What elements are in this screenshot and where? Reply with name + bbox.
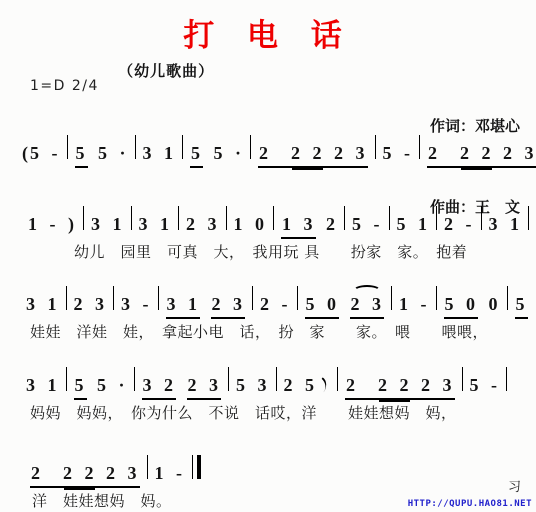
note-run [176, 375, 187, 396]
beam-segment: 2 3 [493, 143, 536, 164]
barline [389, 206, 390, 230]
barline [273, 206, 274, 230]
beam-segment: 5 [76, 143, 87, 164]
beam-group: 2 3 [187, 375, 222, 400]
note-run: (5 - [22, 143, 60, 164]
barline [506, 367, 507, 391]
beam-group: 5 [515, 294, 528, 319]
note-run: 5 · [203, 143, 243, 164]
lyrics-row: 幼儿 园里 可真 大， 我用玩 具 扮家 家。 抱着 [28, 241, 536, 262]
barline [134, 367, 135, 391]
note-run: 3 1 [139, 214, 172, 235]
beam-segment: 5 [516, 294, 527, 315]
beam-segment: 3 1 [167, 294, 200, 315]
beam-segment: 2 3 [96, 463, 139, 484]
barline [66, 367, 67, 391]
beam-group: 2 3 [211, 294, 246, 319]
note-run: 5 - [470, 375, 500, 396]
beam-segment: 5 0 [445, 294, 478, 315]
beam-group: 2 2 2 2 3 [30, 463, 140, 488]
note-run: 2 - [260, 294, 290, 315]
barline [436, 286, 437, 310]
barline [344, 206, 345, 230]
barline [113, 286, 114, 310]
note-run: 2 3 [186, 214, 219, 235]
barline [481, 206, 482, 230]
note-run: 5 · [87, 375, 127, 396]
note-run: 2 [316, 214, 338, 235]
barline [252, 286, 253, 310]
source-url-watermark: HTTP://QUPU.HAO81.NET [408, 499, 532, 509]
notes-row: (5 -5 5 ·3 15 5 ·2 2 2 2 35 -2 2 2 2 3 [22, 135, 536, 165]
note-run: 3 1 [26, 294, 59, 315]
beam-segment: 2 2 [378, 375, 411, 396]
note-run: 2 5 [284, 375, 317, 396]
final-barline [192, 455, 201, 479]
barline [228, 367, 229, 391]
lyrics-row: 妈妈 妈妈， 你为什么 不说 话哎，洋 娃娃想妈 妈， [26, 402, 536, 423]
score-line: 1 - )3 13 12 31 01 3 25 -5 12 -3 1幼儿 园里 … [28, 206, 536, 262]
barline [436, 206, 437, 230]
tied-notes: 2 3 [351, 294, 384, 315]
barline [67, 135, 68, 159]
note-run: 1 0 [234, 214, 267, 235]
beam-group: 5 0 [444, 294, 479, 319]
note-run: 3 1 [91, 214, 124, 235]
score-line: 3 12 33 -3 1 2 32 -5 0 2 31 -5 0 05 5 ·娃… [26, 286, 536, 342]
note-run: 0 [478, 294, 500, 315]
barline [375, 135, 376, 159]
note-run: 1 - [399, 294, 429, 315]
beam-segment: 2 3 [188, 375, 221, 396]
beam-segment: 2 [428, 143, 460, 164]
barline [528, 206, 529, 230]
note-run: 2 - [444, 214, 474, 235]
barline [131, 206, 132, 230]
beam-segment: 2 [31, 463, 63, 484]
note-run: 5 - [352, 214, 382, 235]
beam-group: 5 [75, 143, 88, 168]
slide-mark [315, 377, 330, 393]
note-run: 5 · [88, 143, 128, 164]
barline [226, 206, 227, 230]
beam-group: 1 3 [281, 214, 316, 239]
barline [462, 367, 463, 391]
beam-segment: 2 2 [460, 143, 493, 164]
sheet-music-page: 打 电 话 （幼儿歌曲） 作词：邓堪心 作曲：王 文 1=D 2/4 (5 -5… [0, 0, 536, 512]
barline [297, 286, 298, 310]
key-signature: 1=D 2/4 [30, 78, 99, 94]
barline [158, 286, 159, 310]
page-title: 打 电 话 [0, 10, 536, 55]
score: (5 -5 5 ·3 15 5 ·2 2 2 2 35 -2 2 2 2 31 … [0, 131, 536, 511]
watermark-glyph: 习 [508, 476, 521, 495]
barline [250, 135, 251, 159]
beam-group: 2 2 2 2 3 [258, 143, 368, 168]
beam-group: 5 0 [305, 294, 340, 319]
barline [507, 286, 508, 310]
notes-row: 2 2 2 2 31 - [30, 455, 536, 485]
note-run: 5 - [383, 143, 413, 164]
note-run [200, 294, 211, 315]
barline [182, 135, 183, 159]
note-run: 3 1 [143, 143, 176, 164]
note-run: 5 3 [236, 375, 269, 396]
beam-segment: 3 2 [143, 375, 176, 396]
notes-row: 1 - )3 13 12 31 01 3 25 -5 12 -3 1 [28, 206, 536, 236]
note-run [339, 294, 350, 315]
note-run: 1 - [155, 463, 185, 484]
note-run: 1 - ) [28, 214, 76, 235]
barline [419, 135, 420, 159]
note-run: 5 · [528, 294, 536, 315]
note-run: 3 1 [489, 214, 522, 235]
barline [135, 135, 136, 159]
score-line: 3 15 5 ·3 2 2 35 32 52 2 2 2 35 -妈妈 妈妈， … [26, 367, 536, 423]
barline [66, 286, 67, 310]
barline [337, 367, 338, 391]
notes-row: 3 12 33 -3 1 2 32 -5 0 2 31 -5 0 05 5 · [26, 286, 536, 316]
beam-segment: 2 3 [411, 375, 454, 396]
barline [391, 286, 392, 310]
beam-segment: 2 3 [212, 294, 245, 315]
beam-segment: 5 [191, 143, 202, 164]
note-run: 3 1 [26, 375, 59, 396]
note-run: 3 - [121, 294, 151, 315]
beam-group: 5 [190, 143, 203, 168]
barline [83, 206, 84, 230]
notes-row: 3 15 5 ·3 2 2 35 32 52 2 2 2 35 - [26, 367, 536, 397]
beam-group: 2 3 [350, 294, 385, 319]
beam-segment: 2 [259, 143, 291, 164]
beam-segment: 2 3 [324, 143, 367, 164]
beam-group: 2 2 2 2 3 [345, 375, 455, 400]
beam-segment: 2 [346, 375, 378, 396]
barline [147, 455, 148, 479]
barline [276, 367, 277, 391]
barline [178, 206, 179, 230]
beam-segment: 1 3 [282, 214, 315, 235]
beam-group: 3 1 [166, 294, 201, 319]
note-run: 2 3 [74, 294, 107, 315]
lyrics-row: 娃娃 洋娃 娃， 拿起小电 话， 扮 家 家。 喂 喂喂， [26, 321, 536, 342]
beam-group: 5 [74, 375, 87, 400]
score-line: (5 -5 5 ·3 15 5 ·2 2 2 2 35 -2 2 2 2 3 [22, 135, 536, 165]
beam-segment: 2 2 [291, 143, 324, 164]
beam-segment: 5 0 [306, 294, 339, 315]
beam-group: 3 2 [142, 375, 177, 400]
beam-segment: 2 2 [63, 463, 96, 484]
beam-segment: 5 [75, 375, 86, 396]
beam-group: 2 2 2 2 3 [427, 143, 536, 168]
note-run: 5 1 [397, 214, 430, 235]
